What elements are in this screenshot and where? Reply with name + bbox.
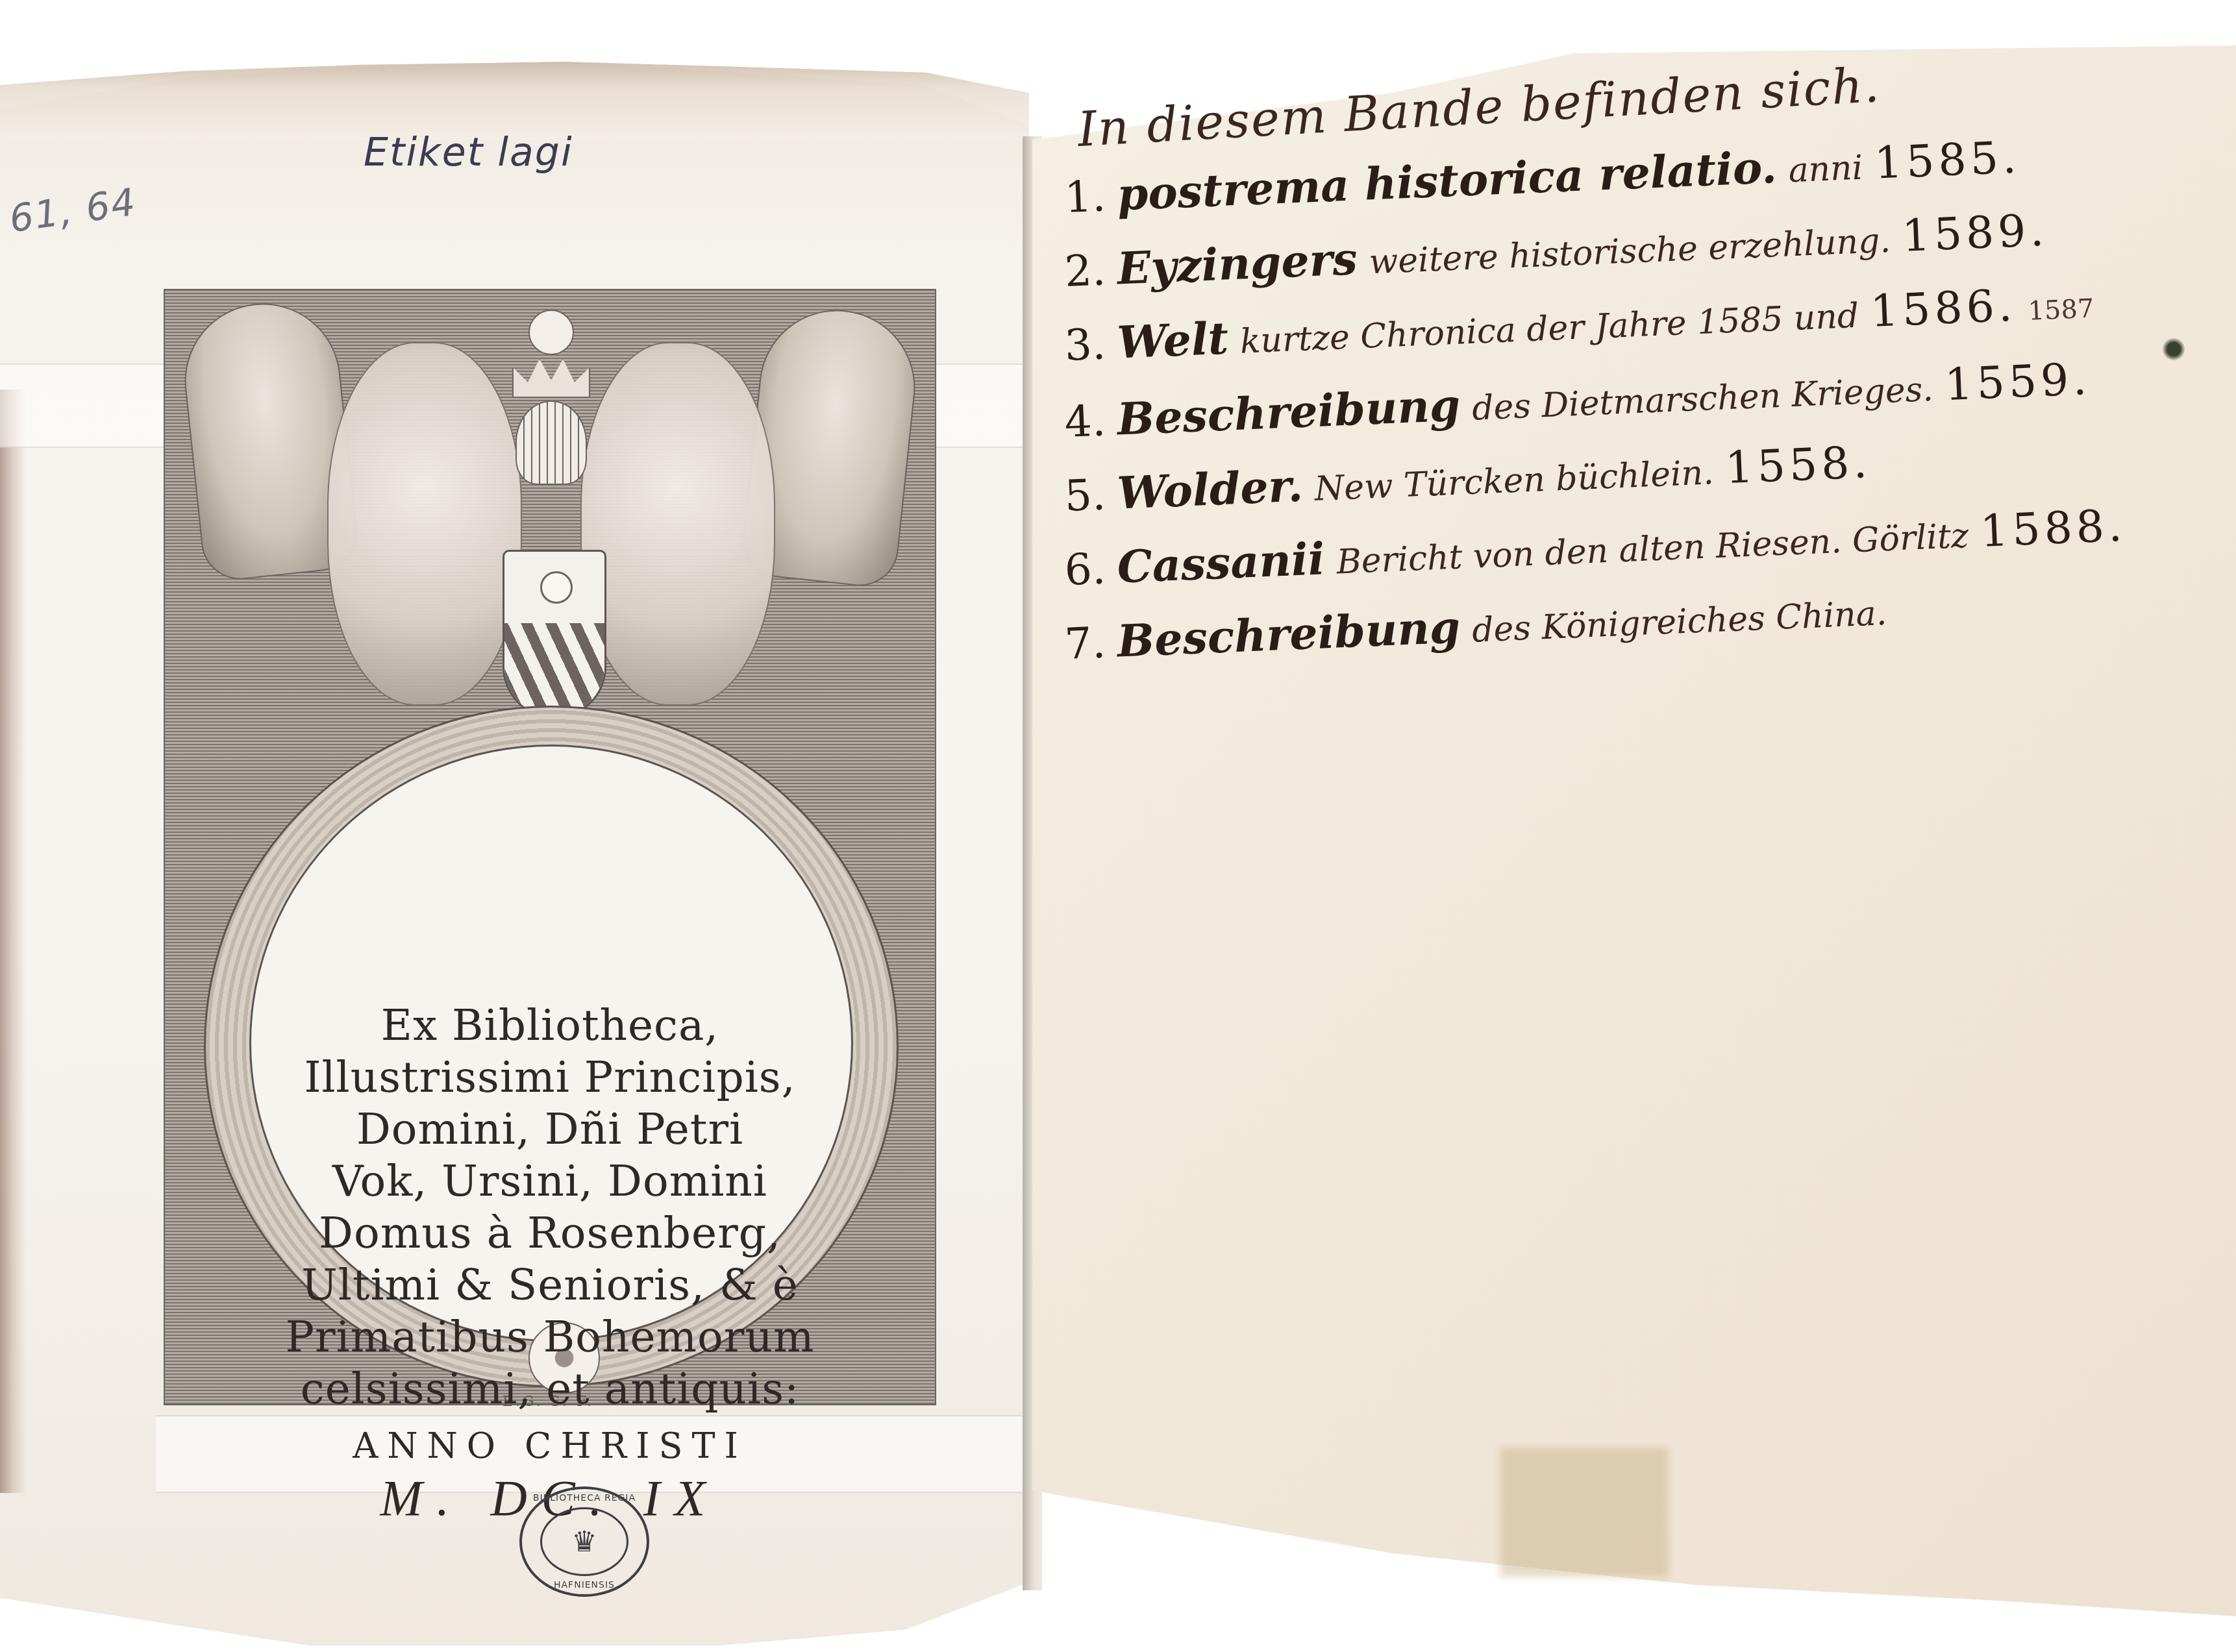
item-number: 6. xyxy=(1063,534,1107,606)
item-title: Wolder. xyxy=(1116,451,1304,529)
crest xyxy=(503,310,600,556)
item-year: 1588. xyxy=(1979,491,2128,567)
label-note: Etiket lagi xyxy=(364,130,573,175)
mantling-left-ornament xyxy=(327,342,522,706)
item-title: Beschreibung xyxy=(1116,371,1462,455)
left-page-top-edge xyxy=(0,62,1029,140)
inscription-line: Illustrissimi Principis, xyxy=(255,1052,845,1103)
inscription-line: celsissimi, et antiquis: xyxy=(255,1363,845,1415)
inscription-line: Vok, Ursini, Domini xyxy=(255,1155,845,1207)
inscription-line: Ex Bibliotheca, xyxy=(255,1000,845,1052)
item-number: 4. xyxy=(1063,386,1107,458)
library-stamp: BIBLIOTHECA REGIA ♛ HAFNIENSIS xyxy=(519,1486,649,1597)
item-title: Welt xyxy=(1115,303,1230,378)
item-year: 1558. xyxy=(1724,428,1872,504)
item-year: 1586. xyxy=(1869,271,2018,347)
anno-christi-line: ANNO CHRISTI xyxy=(255,1420,845,1472)
helmet-icon xyxy=(516,401,587,485)
rose-crest-icon xyxy=(528,310,574,355)
item-description: anni xyxy=(1787,133,1864,206)
left-page-edge-shadow xyxy=(0,389,26,1493)
item-year: 1589. xyxy=(1900,196,2049,272)
inscription-line: Domus à Rosenberg, xyxy=(255,1207,845,1259)
item-title: Eyzingers xyxy=(1116,224,1359,304)
item-number: 5. xyxy=(1063,460,1107,532)
item-year-addition: 1587 xyxy=(2026,274,2095,347)
item-title: Beschreibung xyxy=(1116,593,1462,677)
shield-stripes xyxy=(504,623,604,719)
item-year: 1559. xyxy=(1943,345,2092,421)
item-number: 2. xyxy=(1063,235,1107,307)
open-book-photo: 61, 64 Etiket lagi E.G. S. F. Ex Bibliot… xyxy=(0,0,2236,1652)
handwritten-contents-list: In diesem Bande befinden sich. 1. postre… xyxy=(1065,97,2220,683)
rose-icon xyxy=(540,571,573,604)
inscription-line: Domini, Dñi Petri xyxy=(255,1103,845,1155)
crown-icon: ♛ xyxy=(571,1525,597,1559)
mantling-right-ornament xyxy=(580,342,775,706)
crown-icon xyxy=(512,359,590,398)
coat-of-arms-shield xyxy=(503,550,606,719)
paper-stain xyxy=(1500,1448,1669,1577)
stamp-top-text: BIBLIOTHECA REGIA xyxy=(522,1493,647,1503)
item-description: des Königreiches China. xyxy=(1471,578,1888,666)
inscription-line: Ultimi & Senioris, & è xyxy=(255,1259,845,1311)
inscription-line: Primatibus Bohemorum xyxy=(255,1311,845,1363)
stamp-bottom-text: HAFNIENSIS xyxy=(522,1580,647,1590)
item-year: 1585. xyxy=(1873,123,2022,199)
item-number: 1. xyxy=(1063,161,1107,233)
bookplate-inscription: Ex Bibliotheca, Illustrissimi Principis,… xyxy=(255,1000,845,1524)
item-title: Cassanii xyxy=(1116,524,1326,602)
item-number: 7. xyxy=(1063,608,1107,680)
item-number: 3. xyxy=(1063,309,1107,381)
